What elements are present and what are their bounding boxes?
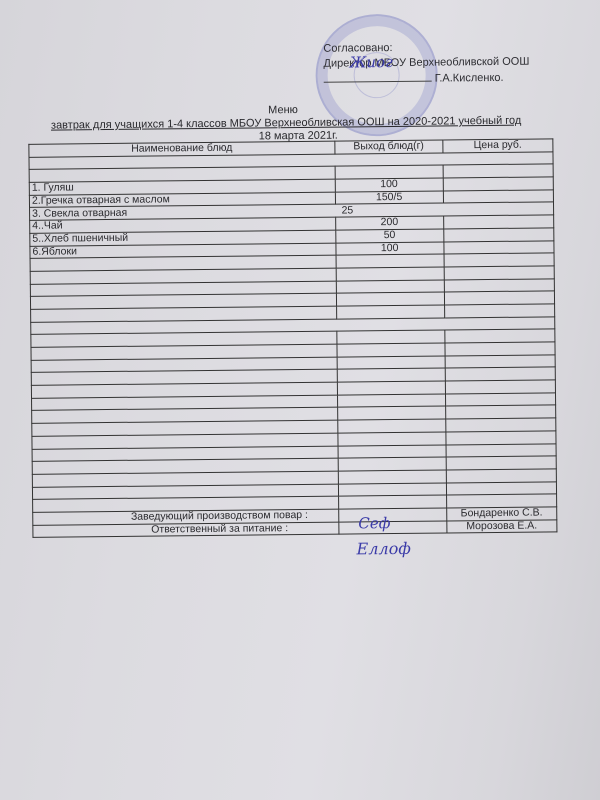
dish-yield: 150/5 (335, 191, 443, 205)
dish-yield: 200 (335, 216, 443, 230)
dish-price (443, 215, 553, 229)
dish-price (443, 190, 553, 204)
responsible-signature: Еллоф (357, 539, 411, 559)
responsible-label: Ответственный за питание : (33, 522, 339, 538)
dish-yield: 50 (335, 229, 443, 243)
signature-line (324, 71, 432, 83)
chef-signature: Сеф (358, 514, 390, 532)
responsible-name: Морозова Е.А. (447, 519, 557, 533)
menu-document: Согласовано: Директор МБОУ Верхнеобливск… (0, 0, 600, 800)
dish-price (443, 177, 553, 191)
dish-price (444, 240, 554, 254)
chef-name: Бондаренко С.В. (446, 507, 556, 521)
menu-table: Наименование блюд Выход блюд(г) Цена руб… (28, 138, 557, 538)
dish-price (443, 228, 553, 242)
dish-name: 3. Свекла отварная (32, 207, 127, 220)
director-signature: Жиог (349, 53, 392, 71)
approval-name: Г.А.Кисленко. (435, 72, 504, 85)
header-yield: Выход блюд(г) (335, 140, 443, 154)
dish-yield: 25 (342, 205, 354, 216)
dish-yield: 100 (335, 178, 443, 192)
dish-yield: 100 (336, 241, 444, 255)
header-price: Цена руб. (443, 139, 553, 153)
